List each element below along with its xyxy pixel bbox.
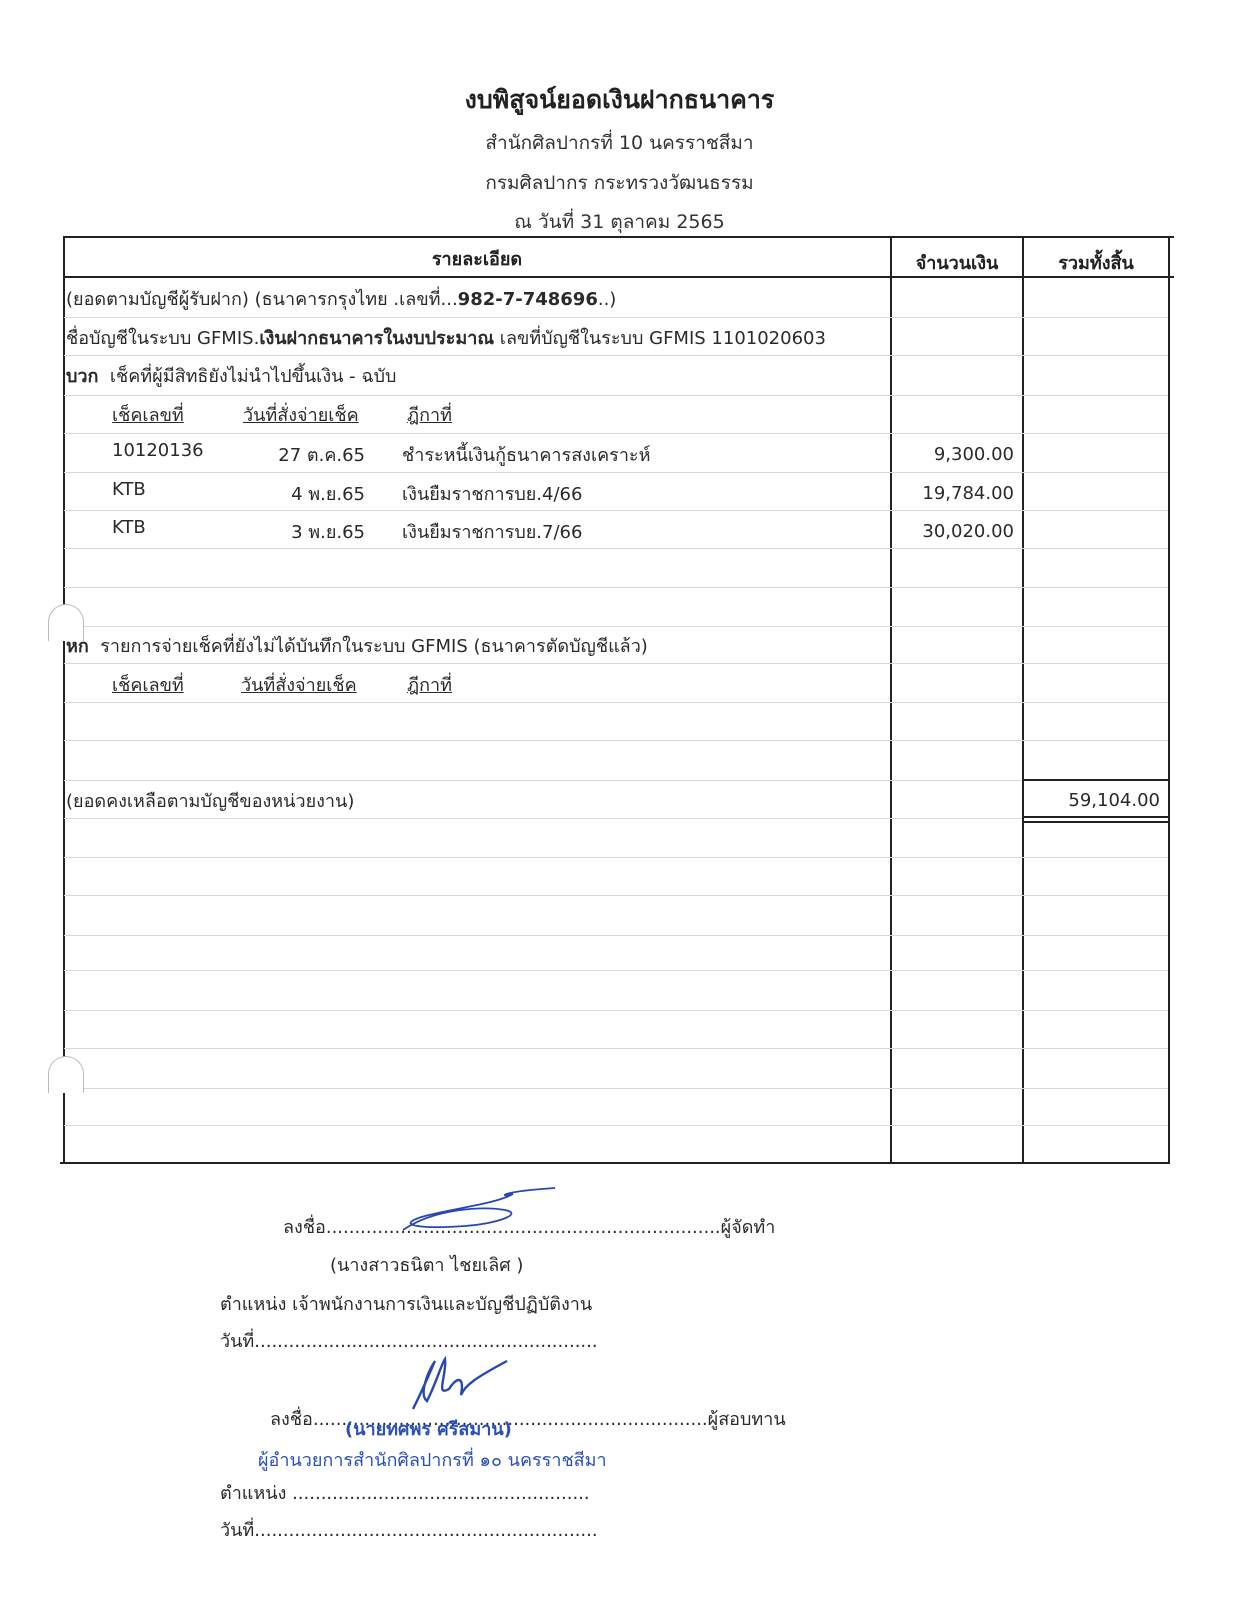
office-name: สำนักศิลปากรที่ 10 นครราชสีมา xyxy=(0,128,1239,158)
voucher-description: เงินยืมราชการบย.4/66 xyxy=(402,479,582,508)
less-description: รายการจ่ายเช็คที่ยังไม่ได้บันทึกในระบบ G… xyxy=(100,636,648,657)
reviewer-name-stamp: (นายทศพร ศรีสมาน) xyxy=(345,1414,512,1443)
punch-hole-mark xyxy=(48,604,84,641)
col-header-details: รายละเอียด xyxy=(64,244,890,273)
preparer-signature xyxy=(395,1186,560,1236)
preparer-date-line: วันที่..................................… xyxy=(220,1326,598,1355)
add-description: เช็คที่ผู้มีสิทธิยังไม่นำไปขึ้นเงิน - ฉบ… xyxy=(110,366,397,387)
gfmis-account-line: ชื่อบัญชีในระบบ GFMIS.เงินฝากธนาคารในงบป… xyxy=(66,323,826,352)
cheque-number: 10120136 xyxy=(112,440,204,461)
balance-total: 59,104.00 xyxy=(1024,790,1160,811)
add-label: บวก xyxy=(66,366,98,387)
add-subheader-cheque-no: เช็คเลขที่ xyxy=(112,400,184,429)
less-section-heading: หก รายการจ่ายเช็คที่ยังไม่ได้บันทึกในระบ… xyxy=(66,631,648,660)
gfmis-account-name: เงินฝากธนาคารในงบประมาณ xyxy=(259,328,494,349)
total-double-line-2 xyxy=(1022,821,1170,823)
total-double-line-1 xyxy=(1022,816,1170,818)
department-name: กรมศิลปากร กระทรวงวัฒนธรรม xyxy=(0,168,1239,198)
reviewer-date-line: วันที่..................................… xyxy=(220,1515,598,1544)
balance-label: (ยอดคงเหลือตามบัญชีของหน่วยงาน) xyxy=(66,786,354,815)
amount-col-border xyxy=(890,236,892,1164)
bank-line-suffix: ..) xyxy=(598,289,616,310)
col-header-total: รวมทั้งสิ้น xyxy=(1024,248,1168,277)
cheque-number: KTB xyxy=(112,479,146,500)
add-section-heading: บวก เช็คที่ผู้มีสิทธิยังไม่นำไปขึ้นเงิน … xyxy=(66,361,396,390)
table-left-border xyxy=(63,236,65,1164)
bank-account-number: 982-7-748696 xyxy=(458,289,598,310)
bank-account-line: (ยอดตามบัญชีผู้รับฝาก) (ธนาคารกรุงไทย .เ… xyxy=(66,284,616,313)
add-subheader-voucher: ฎีกาที่ xyxy=(407,400,452,429)
cheque-date: 3 พ.ย.65 xyxy=(240,517,365,546)
gfmis-suffix: เลขที่บัญชีในระบบ GFMIS 1101020603 xyxy=(494,328,826,349)
voucher-description: เงินยืมราชการบย.7/66 xyxy=(402,517,582,546)
less-subheader-cheque-no: เช็คเลขที่ xyxy=(112,670,184,699)
cheque-amount: 30,020.00 xyxy=(892,521,1014,542)
document-title: งบพิสูจน์ยอดเงินฝากธนาคาร xyxy=(0,80,1239,120)
cheque-amount: 9,300.00 xyxy=(892,444,1014,465)
reviewer-position-stamp: ผู้อำนวยการสำนักศิลปากรที่ ๑๐ นครราชสีมา xyxy=(258,1445,607,1474)
voucher-description: ชำระหนี้เงินกู้ธนาคารสงเคราะห์ xyxy=(402,440,650,469)
preparer-position: ตำแหน่ง เจ้าพนักงานการเงินและบัญชีปฏิบัต… xyxy=(220,1289,592,1318)
less-subheader-date: วันที่สั่งจ่ายเช็ค xyxy=(241,670,357,699)
total-box-top xyxy=(1022,779,1170,781)
table-top-border xyxy=(64,236,1174,238)
punch-hole-mark xyxy=(48,1056,84,1093)
cheque-date: 4 พ.ย.65 xyxy=(240,479,365,508)
cheque-number: KTB xyxy=(112,517,146,538)
less-subheader-voucher: ฎีกาที่ xyxy=(407,670,452,699)
bank-line-prefix: (ยอดตามบัญชีผู้รับฝาก) (ธนาคารกรุงไทย .เ… xyxy=(66,289,458,310)
table-bottom-border xyxy=(60,1162,1170,1164)
cheque-amount: 19,784.00 xyxy=(892,483,1014,504)
col-header-amount: จำนวนเงิน xyxy=(892,248,1022,277)
add-subheader-date: วันที่สั่งจ่ายเช็ค xyxy=(243,400,359,429)
reviewer-position-line: ตำแหน่ง ................................… xyxy=(220,1478,590,1507)
table-right-border xyxy=(1168,236,1170,1164)
statement-date: ณ วันที่ 31 ตุลาคม 2565 xyxy=(0,207,1239,237)
total-col-border xyxy=(1022,236,1024,1164)
preparer-name: (นางสาวธนิตา ไชยเลิศ ) xyxy=(330,1250,523,1279)
gfmis-prefix: ชื่อบัญชีในระบบ GFMIS. xyxy=(66,328,259,349)
cheque-date: 27 ต.ค.65 xyxy=(240,440,365,469)
